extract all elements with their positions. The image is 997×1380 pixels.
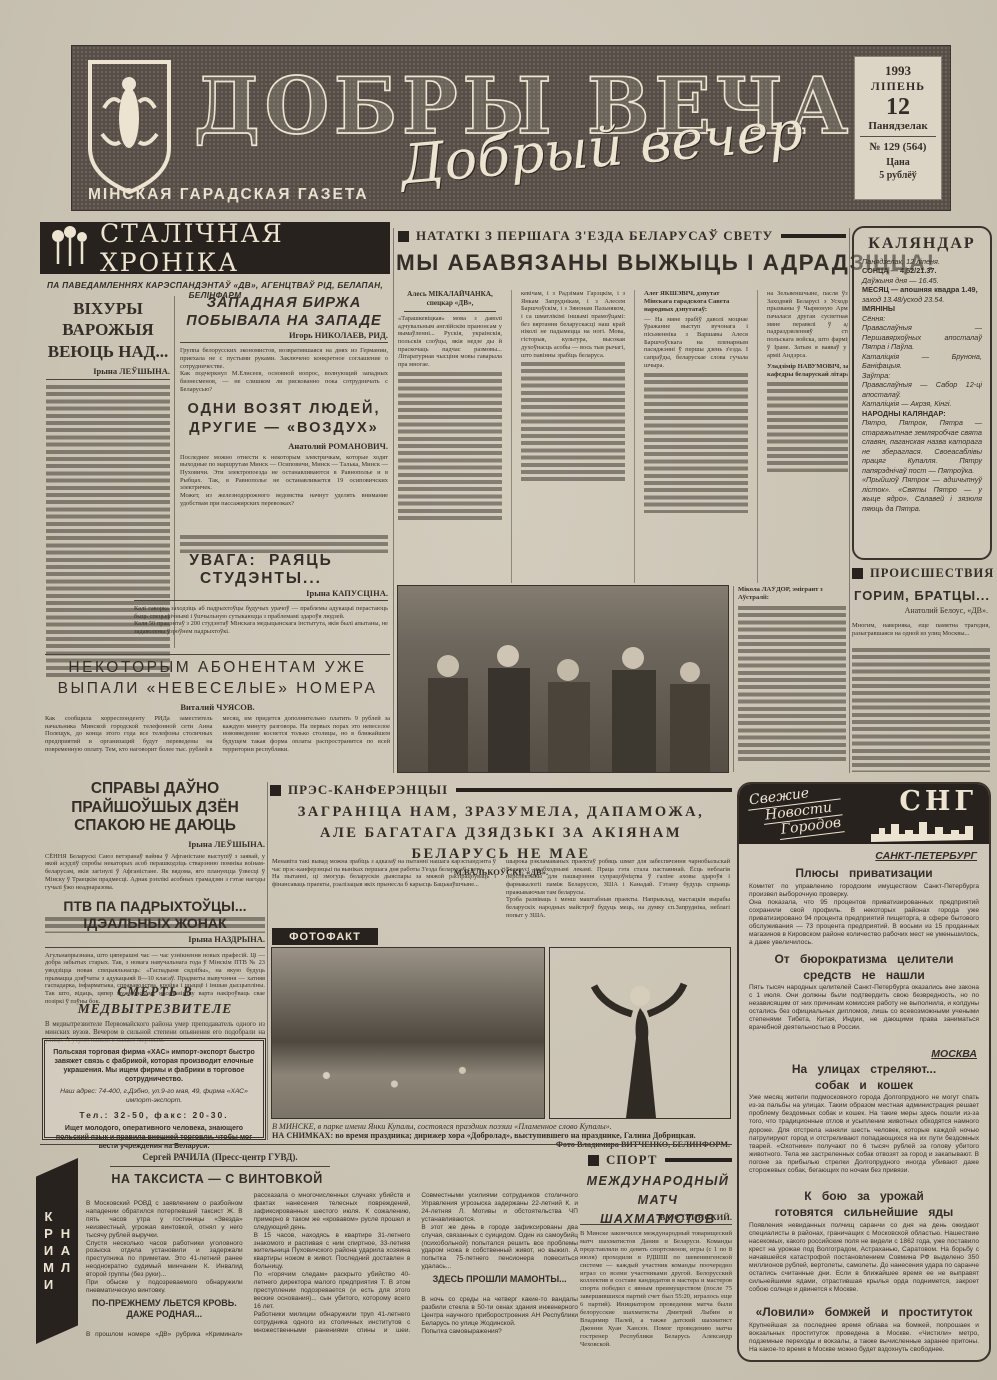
- sport-byline: В.ОСТРИНСКИЙ.: [580, 1212, 732, 1222]
- illegible-text-block: [521, 362, 625, 482]
- sng-brand-label: СНГ: [899, 786, 977, 817]
- article-title: ОДНИ ВОЗЯТ ЛЮДЕЙ, ДРУГИЕ — «ВОЗДУХ»: [180, 400, 388, 438]
- column-rule: [849, 228, 850, 773]
- article-title: ПТВ ПА ПАДРЫХТОЎЦЫ... ІДЭАЛЬНЫХ ЖОНАК: [45, 898, 265, 932]
- calendar-line: Пятро, Пятрок, Пятра — старажытнае земля…: [862, 418, 982, 475]
- article-vozdukh: ОДНИ ВОЗЯТ ЛЮДЕЙ, ДРУГИЕ — «ВОЗДУХ» Анат…: [180, 400, 388, 553]
- natatki-kicker: НАТАТКІ З ПЕРШАГА З'ЕЗДА БЕЛАРУСАЎ СВЕТУ: [398, 228, 846, 244]
- ribbon-word2: НАЛ: [58, 1226, 73, 1277]
- city-skyline-icon: [871, 820, 981, 842]
- caption-line1: В МИНСКЕ, в парке имени Янки Купалы, сос…: [272, 1122, 730, 1131]
- calendar-line: Панядзелак, 12 ліпеня.: [862, 257, 982, 266]
- sng-city-moscow: МОСКВА: [739, 1048, 977, 1060]
- criminal-ribbon: КРИМИ НАЛ: [36, 1158, 78, 1344]
- prois-byline: Анатолий Белоус, «ДВ».: [852, 606, 988, 615]
- article-uvaga: УВАГА: РАЯЦЬ СТУДЭНТЫ... Ірына КАПУСЦІНА…: [134, 552, 388, 667]
- calendar-line: Каталіцкія — Брунона, Баніфацыя.: [862, 352, 982, 371]
- natatki-columns: Алесь МІКАЛАЙЧАНКА, спецкар «ДВ», «Тараш…: [398, 290, 848, 583]
- article-title: ЗАПАДНАЯ БИРЖА ПОБЫВАЛА НА ЗАПАДЕ: [180, 294, 388, 330]
- article-title: СМЕРТЬ В МЕДВЫТРЕЗВИТЕЛЕ: [45, 984, 265, 1018]
- calendar-line: Заўтра:: [862, 371, 982, 380]
- article-byline: Виталий ЧУЯСОВ.: [45, 702, 390, 712]
- prois-kicker-label: ПРОИСШЕСТВИЯ: [870, 566, 994, 581]
- fotofakt-label: ФОТОФАКТ: [289, 931, 361, 943]
- sng-brand-script: Свежие Новости Городов: [746, 783, 844, 844]
- kicker-square-icon: [398, 231, 409, 242]
- criminal-text-1: В Московский РОВД с заявлением о разбойн…: [86, 1200, 243, 1294]
- calendar-line: заход 13.48/усход 23.54.: [862, 295, 982, 304]
- sng-headline-1: Плюсы приватизации: [739, 864, 989, 882]
- issue-weekday: Панядзелак: [860, 120, 936, 137]
- illegible-text-block: [398, 372, 502, 522]
- calendar-line: ІМЯНІНЫ: [862, 304, 982, 313]
- street-lanterns-icon: [46, 224, 92, 273]
- price-label: Цана: [886, 157, 910, 168]
- issue-day: 12: [855, 94, 941, 120]
- congress-photo: [398, 586, 728, 772]
- column-rule: [267, 782, 268, 1140]
- prois-body: Многим, наверняка, еще памятна трагедия,…: [852, 622, 990, 644]
- illegible-text-block: [644, 373, 748, 513]
- kicker-square-icon: [852, 568, 863, 579]
- fotofakt-crowd-photo: [272, 948, 544, 1118]
- criminal-headline: НА ТАКСИСТА — С ВИНТОВКОЙ: [92, 1172, 342, 1186]
- article-byline: Ірына ЛЕЎШЫНА.: [46, 366, 170, 376]
- calendar-box: КАЛЯНДАР Панядзелак, 12 ліпеня. СОНЦА — …: [852, 226, 992, 560]
- ad-text: Ищет молодого, оперативного человека, зн…: [53, 1124, 255, 1151]
- calendar-line: СОНЦА — 4.52/21.37.: [862, 266, 982, 275]
- criminal-text-3: В ночь со среды на четверг какие-то ванд…: [421, 1296, 578, 1335]
- kicker-square-icon: [588, 1155, 599, 1166]
- sng-headline-3-line1: На улицах стреляют...: [739, 1062, 989, 1078]
- newspaper-tagline: МІНСКАЯ ГАРАДСКАЯ ГАЗЕТА: [88, 186, 369, 204]
- illegible-text-block: [767, 382, 848, 472]
- natatki-col2: кевічам, і з Радзімам Гарэцкім, і з Янка…: [511, 290, 625, 583]
- press-headline-line1: ЗАГРАНІЦА НАМ, ЗРАЗУМЕЛА, ДАПАМОЖА,: [272, 802, 730, 823]
- fotofakt-conductor-photo: [550, 948, 730, 1118]
- issue-number: № 129 (564): [855, 141, 941, 153]
- press-col2: шырока рэкламаваных праектаў робяць шмат…: [506, 858, 730, 922]
- sng-headline-4-line2: готовятся сильнейшие яды: [739, 1205, 989, 1221]
- natatki-col1: Алесь МІКАЛАЙЧАНКА, спецкар «ДВ», «Тараш…: [398, 290, 502, 583]
- sng-body-3: Уже месяц жители подмосковного города До…: [749, 1094, 979, 1186]
- sng-body-4: Появления невиданных полчищ саранчи со д…: [749, 1222, 979, 1300]
- illegible-text-block: [180, 535, 388, 553]
- calendar-line: Каталіцкія — Акрэя, Кінгі.: [862, 399, 982, 408]
- press-kicker: ПРЭС-КАНФЕРЭНЦЫІ: [270, 782, 732, 798]
- sng-headline-5: «Ловили» бомжей и проституток: [739, 1303, 989, 1321]
- article-title: НЕКОТОРЫМ АБОНЕНТАМ УЖЕ ВЫПАЛИ «НЕВЕСЕЛЫ…: [45, 658, 390, 700]
- sport-kicker: СПОРТ: [588, 1152, 732, 1168]
- column-text: кевічам, і з Радзімам Гарэцкім, і з Янка…: [521, 290, 625, 359]
- issue-info-box: 1993 ЛІПЕНЬ 12 Панядзелак № 129 (564) Ца…: [854, 56, 942, 200]
- kicker-square-icon: [270, 785, 281, 796]
- calendar-line: Сёння:: [862, 314, 982, 323]
- article-title: УВАГА: РАЯЦЬ СТУДЭНТЫ...: [134, 552, 388, 588]
- article-byline: Ірына КАПУСЦІНА.: [134, 588, 388, 598]
- sng-body-1: Комитет по управлению городским имуществ…: [749, 883, 979, 949]
- issue-month: ЛІПЕНЬ: [855, 79, 941, 94]
- criminal-body: В Московский РОВД с заявлением о разбойн…: [86, 1192, 578, 1370]
- calendar-line: Даўжыня дня — 16.45.: [862, 276, 982, 285]
- speaker-byline: Алесь МІКАЛАЙЧАНКА, спецкар «ДВ»,: [398, 290, 502, 308]
- ribbon-word1: КРИМИ: [41, 1209, 56, 1294]
- calendar-line: Праваслаўныя — Першавярхоўных апосталаў …: [862, 323, 982, 351]
- article-byline: Ірына НАЗДРЫНА.: [45, 934, 265, 944]
- natatki-side-column: Мікола ЛАЎДОР, эмігрант з Аўстраліі:: [738, 586, 846, 772]
- calendar-line: МЕСЯЦ — апошняя квадра 1.49,: [862, 285, 982, 294]
- chronicle-section-band: СТАЛІЧНАЯ ХРОНІКА: [40, 222, 390, 274]
- speaker-byline: Алег ЯКШЭВІЧ, дэпутат Мінскага гарадског…: [644, 290, 748, 314]
- natatki-headline: МЫ АБАВЯЗАНЫ ВЫЖЫЦЬ І АДРАДЗІЦЦА!: [396, 250, 848, 276]
- illegible-text-block: [738, 606, 846, 764]
- article-byline: Игорь НИКОЛАЕВ, РИД.: [180, 330, 388, 340]
- column-rule: [733, 586, 734, 772]
- article-body: Последнее можно отнести к некоторым элек…: [180, 454, 388, 532]
- kicker-rule: [665, 1158, 732, 1162]
- natatki-col4: на Зельвеншчыне, пасля ўз'яднання Заходн…: [757, 290, 848, 583]
- masthead: ДОБРЫ ВЕЧАР Добрый вечер 1993 ЛІПЕНЬ 12 …: [72, 46, 950, 210]
- ad-text: Польская торговая фирма «ХАС» импорт-экс…: [53, 1048, 255, 1084]
- minsk-coat-of-arms-icon: [82, 56, 177, 203]
- article-byline: Анатолий РОМАНОВИЧ.: [180, 441, 388, 451]
- column-text: «Тарашкевіцкая» мова з даволі адчувальны…: [398, 315, 502, 369]
- press-kicker-label: ПРЭС-КАНФЕРЭНЦЫІ: [288, 782, 448, 798]
- article-title: ВІХУРЫ ВАРОЖЫЯ ВЕЮЦЬ НАД...: [46, 298, 170, 362]
- criminal-byline: Сергей РАЧИЛА (Пресс-центр ГУВД).: [110, 1152, 330, 1162]
- sport-kicker-label: СПОРТ: [606, 1152, 657, 1168]
- natatki-kicker-label: НАТАТКІ З ПЕРШАГА З'ЕЗДА БЕЛАРУСАЎ СВЕТУ: [416, 228, 773, 244]
- sng-body-5: Крупнейшая за последнее время облава на …: [749, 1322, 979, 1362]
- issue-year: 1993: [855, 63, 941, 79]
- ad-phone: Тел.: 32-50, факс: 20-30.: [53, 1110, 255, 1120]
- sng-headline-2-line2: средств не нашли: [739, 968, 989, 984]
- kicker-rule: [781, 234, 846, 238]
- criminal-crosshead-2: ЗДЕСЬ ПРОШЛИ МАМОНТЫ...: [421, 1274, 578, 1285]
- price-value: 5 рублёў: [879, 170, 917, 181]
- caption-line2: НА СНИМКАХ: во время праздника; дирижер …: [272, 1131, 730, 1140]
- press-body: Менавіта такі вывад можна зрабіць з адка…: [272, 858, 730, 922]
- column-text: — На мяне зрабіў даволі моцнае ўражанне …: [644, 316, 748, 370]
- article-byline: Ірына ЛЕЎШЫНА.: [45, 839, 265, 849]
- article-nomera: НЕКОТОРЫМ АБОНЕНТАМ УЖЕ ВЫПАЛИ «НЕВЕСЕЛЫ…: [45, 658, 390, 797]
- prois-kicker: ПРОИСШЕСТВИЯ: [852, 566, 992, 581]
- fotofakt-band: ФОТОФАКТ: [272, 928, 378, 945]
- calendar-line: НАРОДНЫ КАЛЯНДАР:: [862, 409, 982, 418]
- newspaper-front-page: ДОБРЫ ВЕЧАР Добрый вечер 1993 ЛІПЕНЬ 12 …: [0, 0, 997, 1380]
- sng-news-box: Свежие Новости Городов СНГ САНКТ-ПЕТЕРБУ…: [737, 782, 991, 1362]
- natatki-col3: Алег ЯКШЭВІЧ, дэпутат Мінскага гарадског…: [634, 290, 748, 583]
- sport-body: В Минске закончился международный товари…: [580, 1230, 732, 1368]
- prois-headline: ГОРИМ, БРАТЦЫ...: [852, 588, 992, 603]
- column-text: на Зельвеншчыне, пасля ўз'яднання Заходн…: [767, 290, 848, 359]
- sng-header-band: Свежие Новости Городов СНГ: [739, 784, 989, 844]
- kicker-rule: [456, 788, 732, 792]
- speaker-byline: Мікола ЛАЎДОР, эмігрант з Аўстраліі:: [738, 586, 846, 602]
- ad-address: Наш адрес: 74-400, г.Дэбно, ул.9-го мая,…: [53, 1088, 255, 1106]
- column-rule: [174, 296, 175, 648]
- article-title: СПРАВЫ ДАЎНО ПРАЙШОЎШЫХ ДЗЁН СПАКОЮ НЕ Д…: [45, 780, 265, 836]
- chronicle-section-title: СТАЛІЧНАЯ ХРОНІКА: [100, 219, 390, 277]
- calendar-line: «Прыйшоў Пятрок — адшчыпнуў лісток». «Св…: [862, 475, 982, 513]
- sng-city-spb: САНКТ-ПЕТЕРБУРГ: [739, 850, 977, 862]
- sng-headline-3-line2: собак и кошек: [739, 1078, 989, 1094]
- sng-headline-2-line1: От бюрократизма целители: [739, 952, 989, 968]
- calendar-line: Праваслаўныя — Сабор 12-ці апосталаў.: [862, 380, 982, 399]
- sng-headline-4-line1: К бою за урожай: [739, 1189, 989, 1205]
- column-rule: [393, 228, 394, 773]
- criminal-crosshead-1: ПО-ПРЕЖНЕМУ ЛЬЕТСЯ КРОВЬ. ДАЖЕ РОДНАЯ...: [86, 1298, 243, 1320]
- khas-advertisement: Польская торговая фирма «ХАС» импорт-экс…: [42, 1038, 266, 1140]
- illegible-text-block: [852, 648, 990, 772]
- sng-body-2: Пять тысяч народных целителей Санкт-Пете…: [749, 984, 979, 1042]
- calendar-title: КАЛЯНДАР: [862, 235, 982, 253]
- press-col1: Менавіта такі вывад можна зрабіць з адка…: [272, 858, 496, 922]
- speaker-byline: Уладзімір НАВУМОВІЧ, загадчык кафедры бе…: [767, 363, 848, 379]
